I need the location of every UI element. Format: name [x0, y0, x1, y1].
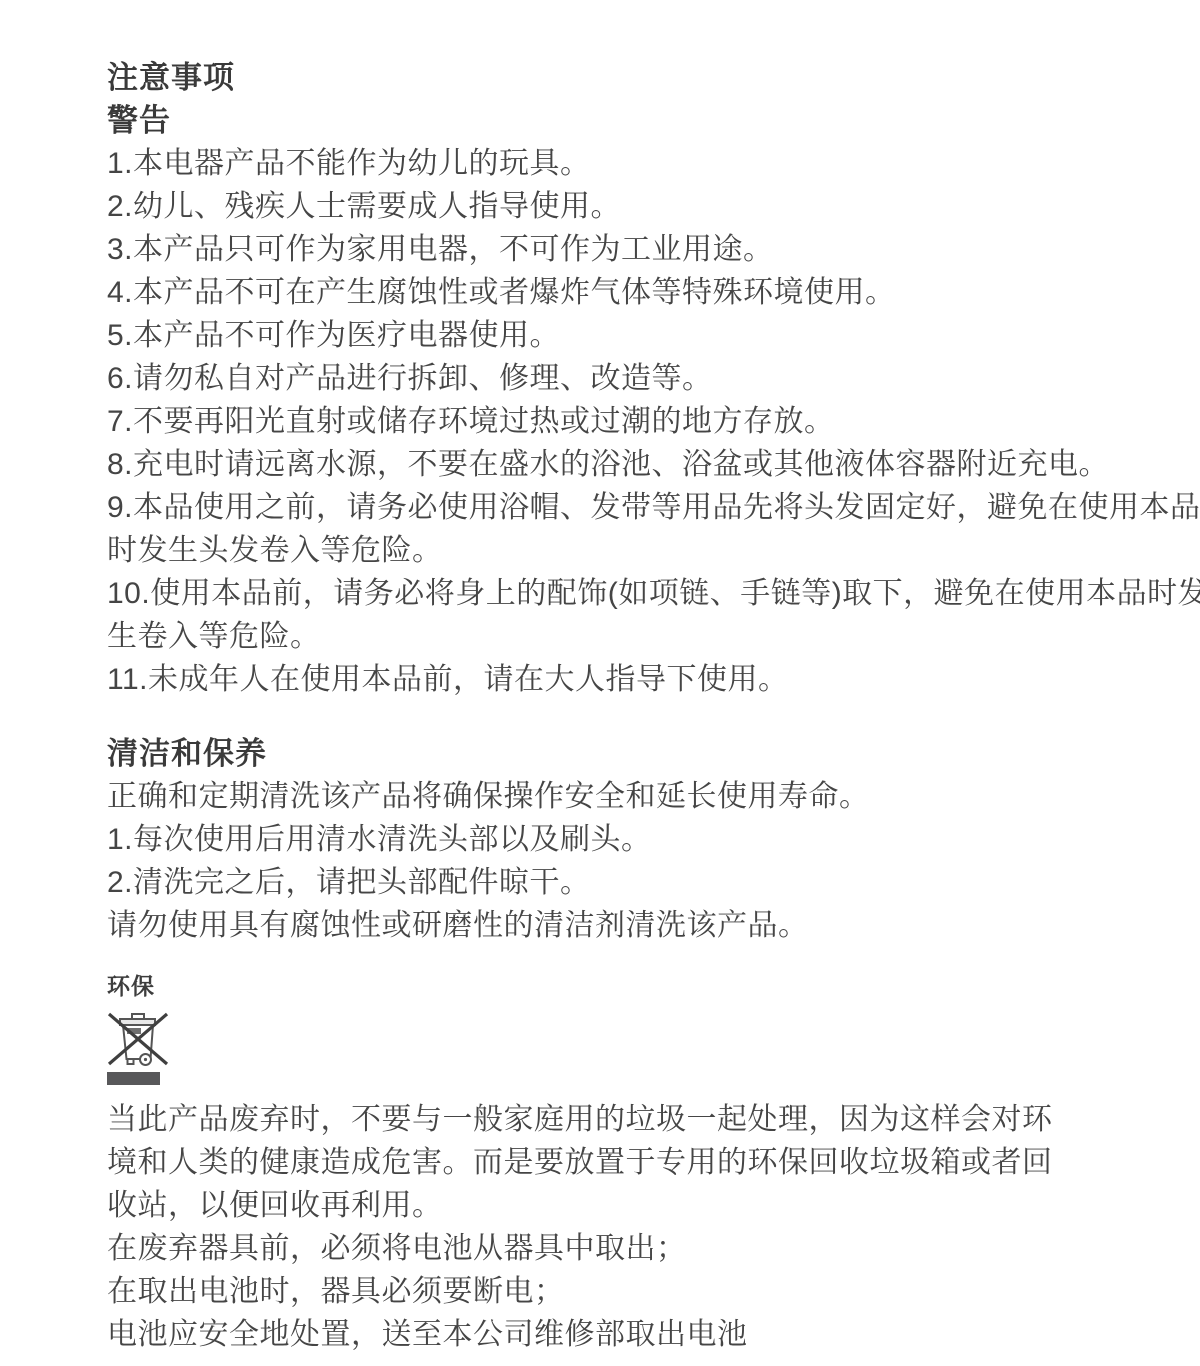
eco-heading: 环保: [107, 969, 1170, 1003]
warning-line: 5.本产品不可作为医疗电器使用。: [107, 314, 1170, 357]
warning-line: 2.幼儿、残疾人士需要成人指导使用。: [107, 185, 1170, 228]
weee-symbol: [107, 1011, 1170, 1085]
cleaning-list: 正确和定期清洗该产品将确保操作安全和延长使用寿命。1.每次使用后用清水清洗头部以…: [107, 775, 1170, 947]
warning-line: 时发生头发卷入等危险。: [107, 529, 1170, 572]
warning-line: 4.本产品不可在产生腐蚀性或者爆炸气体等特殊环境使用。: [107, 271, 1170, 314]
weee-bar: [107, 1072, 160, 1085]
warning-heading: 警告: [107, 99, 1170, 142]
warning-line: 9.本品使用之前，请务必使用浴帽、发带等用品先将头发固定好，避免在使用本品: [107, 486, 1170, 529]
weee-crossed-out-wheeled-bin-icon: [107, 1011, 169, 1067]
eco-line: 收站，以便回收再利用。: [107, 1184, 1170, 1227]
cleaning-line: 请勿使用具有腐蚀性或研磨性的清洁剂清洗该产品。: [107, 904, 1170, 947]
cleaning-line: 正确和定期清洗该产品将确保操作安全和延长使用寿命。: [107, 775, 1170, 818]
warning-line: 11.未成年人在使用本品前，请在大人指导下使用。: [107, 658, 1170, 701]
eco-line: 在取出电池时，器具必须要断电；: [107, 1270, 1170, 1313]
manual-page: 注意事项 警告 1.本电器产品不能作为幼儿的玩具。2.幼儿、残疾人士需要成人指导…: [0, 0, 1200, 1366]
warning-line: 10.使用本品前，请务必将身上的配饰(如项链、手链等)取下，避免在使用本品时发: [107, 572, 1170, 615]
warning-line: 6.请勿私自对产品进行拆卸、修理、改造等。: [107, 357, 1170, 400]
cleaning-line: 2.清洗完之后，请把头部配件晾干。: [107, 861, 1170, 904]
warning-line: 3.本产品只可作为家用电器，不可作为工业用途。: [107, 228, 1170, 271]
page-title: 注意事项: [107, 56, 1170, 99]
warning-line: 生卷入等危险。: [107, 615, 1170, 658]
cleaning-heading: 清洁和保养: [107, 732, 1170, 775]
warning-list: 1.本电器产品不能作为幼儿的玩具。2.幼儿、残疾人士需要成人指导使用。3.本产品…: [107, 142, 1170, 701]
warning-line: 7.不要再阳光直射或储存环境过热或过潮的地方存放。: [107, 400, 1170, 443]
eco-line: 境和人类的健康造成危害。而是要放置于专用的环保回收垃圾箱或者回: [107, 1141, 1170, 1184]
cleaning-line: 1.每次使用后用清水清洗头部以及刷头。: [107, 818, 1170, 861]
eco-list: 当此产品废弃时，不要与一般家庭用的垃圾一起处理，因为这样会对环境和人类的健康造成…: [107, 1098, 1170, 1356]
eco-line: 电池应安全地处置，送至本公司维修部取出电池: [107, 1313, 1170, 1356]
eco-line: 在废弃器具前，必须将电池从器具中取出；: [107, 1227, 1170, 1270]
eco-line: 当此产品废弃时，不要与一般家庭用的垃圾一起处理，因为这样会对环: [107, 1098, 1170, 1141]
warning-line: 1.本电器产品不能作为幼儿的玩具。: [107, 142, 1170, 185]
warning-line: 8.充电时请远离水源，不要在盛水的浴池、浴盆或其他液体容器附近充电。: [107, 443, 1170, 486]
